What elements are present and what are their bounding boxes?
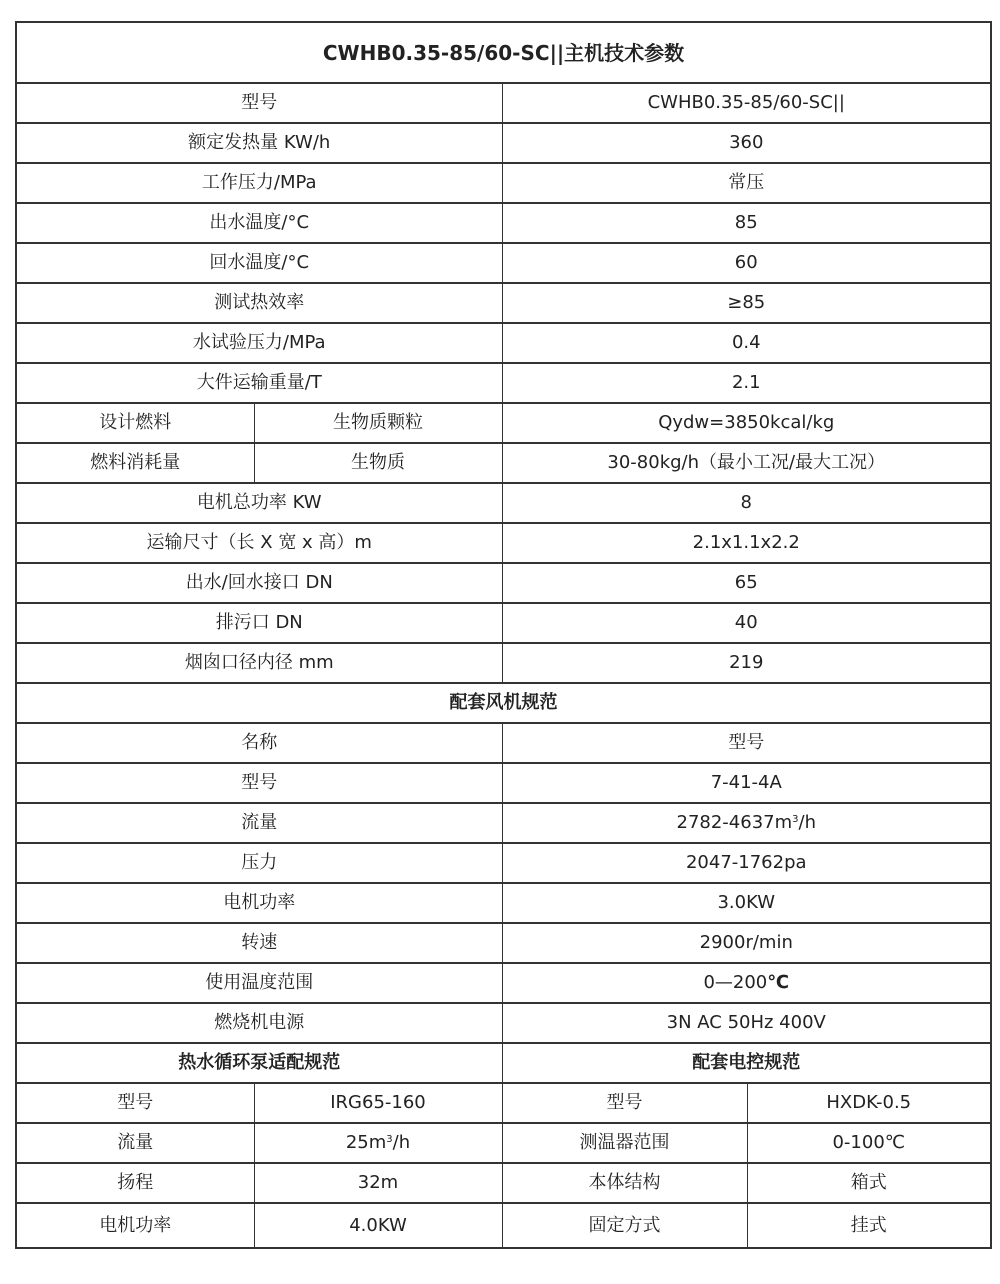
- control-label: 固定方式: [502, 1203, 747, 1248]
- pump-value: 25m3/h: [254, 1123, 502, 1163]
- fan-temp-main: 0—200: [703, 972, 767, 993]
- param-value: 60: [502, 243, 991, 283]
- param-label: 排污口 DN: [16, 603, 502, 643]
- table-row: 型号 IRG65-160 型号 HXDK-0.5: [16, 1083, 991, 1123]
- pump-value: IRG65-160: [254, 1083, 502, 1123]
- control-label: 本体结构: [502, 1163, 747, 1203]
- table-row: 测试热效率 ≥85: [16, 283, 991, 323]
- param-label: 烟囱口径内径 mm: [16, 643, 502, 683]
- table-row: 排污口 DN 40: [16, 603, 991, 643]
- control-label: 型号: [502, 1083, 747, 1123]
- control-section-title: 配套电控规范: [502, 1043, 991, 1083]
- param-value: 8: [502, 483, 991, 523]
- table-row: 流量 25m3/h 测温器范围 0-100℃: [16, 1123, 991, 1163]
- control-value: 箱式: [747, 1163, 991, 1203]
- param-label: 额定发热量 KW/h: [16, 123, 502, 163]
- param-value: 30-80kg/h（最小工况/最大工况）: [502, 443, 991, 483]
- fan-temp-unit: ℃: [767, 972, 789, 993]
- table-row: 出水温度/°C 85: [16, 203, 991, 243]
- fan-value: 2782-4637m3/h: [502, 803, 991, 843]
- fan-label: 燃烧机电源: [16, 1003, 502, 1043]
- param-label: 出水温度/°C: [16, 203, 502, 243]
- fan-value: 2900r/min: [502, 923, 991, 963]
- fan-label: 压力: [16, 843, 502, 883]
- param-sublabel: 生物质颗粒: [254, 403, 502, 443]
- table-row: 运输尺寸（长 X 宽 x 高）m 2.1x1.1x2.2: [16, 523, 991, 563]
- param-value: ≥85: [502, 283, 991, 323]
- param-label: 工作压力/MPa: [16, 163, 502, 203]
- param-label: 测试热效率: [16, 283, 502, 323]
- param-label: 水试验压力/MPa: [16, 323, 502, 363]
- fan-label: 转速: [16, 923, 502, 963]
- table-row: 转速 2900r/min: [16, 923, 991, 963]
- table-row: 回水温度/°C 60: [16, 243, 991, 283]
- param-value: 360: [502, 123, 991, 163]
- pump-flow-tail: /h: [393, 1132, 410, 1153]
- param-value: 常压: [502, 163, 991, 203]
- pump-section-title: 热水循环泵适配规范: [16, 1043, 502, 1083]
- param-value: 2.1: [502, 363, 991, 403]
- param-sublabel: 生物质: [254, 443, 502, 483]
- param-label: 型号: [16, 83, 502, 123]
- fan-header-label: 名称: [16, 723, 502, 763]
- table-row: 额定发热量 KW/h 360: [16, 123, 991, 163]
- pump-value: 4.0KW: [254, 1203, 502, 1248]
- table-row: 燃料消耗量 生物质 30-80kg/h（最小工况/最大工况）: [16, 443, 991, 483]
- table-row: 扬程 32m 本体结构 箱式: [16, 1163, 991, 1203]
- table-row: 设计燃料 生物质颗粒 Qydw=3850kcal/kg: [16, 403, 991, 443]
- table-row: 烟囱口径内径 mm 219: [16, 643, 991, 683]
- param-label: 电机总功率 KW: [16, 483, 502, 523]
- table-row: 电机功率 3.0KW: [16, 883, 991, 923]
- fan-label: 使用温度范围: [16, 963, 502, 1003]
- param-value: 85: [502, 203, 991, 243]
- param-label: 设计燃料: [16, 403, 254, 443]
- table-row: 燃烧机电源 3N AC 50Hz 400V: [16, 1003, 991, 1043]
- param-value: 40: [502, 603, 991, 643]
- control-value: HXDK-0.5: [747, 1083, 991, 1123]
- table-row: 使用温度范围 0—200℃: [16, 963, 991, 1003]
- fan-header-value: 型号: [502, 723, 991, 763]
- fan-value: 3N AC 50Hz 400V: [502, 1003, 991, 1043]
- fan-value: 0—200℃: [502, 963, 991, 1003]
- pump-label: 电机功率: [16, 1203, 254, 1248]
- fan-label: 流量: [16, 803, 502, 843]
- pump-label: 扬程: [16, 1163, 254, 1203]
- param-label: 运输尺寸（长 X 宽 x 高）m: [16, 523, 502, 563]
- fan-label: 电机功率: [16, 883, 502, 923]
- param-value: CWHB0.35-85/60-SC||: [502, 83, 991, 123]
- table-row: 电机功率 4.0KW 固定方式 挂式: [16, 1203, 991, 1248]
- fan-value: 3.0KW: [502, 883, 991, 923]
- param-value: 2.1x1.1x2.2: [502, 523, 991, 563]
- table-row: 工作压力/MPa 常压: [16, 163, 991, 203]
- param-label: 回水温度/°C: [16, 243, 502, 283]
- control-value: 挂式: [747, 1203, 991, 1248]
- control-value: 0-100℃: [747, 1123, 991, 1163]
- table-row: 压力 2047-1762pa: [16, 843, 991, 883]
- table-row: 流量 2782-4637m3/h: [16, 803, 991, 843]
- param-value: 0.4: [502, 323, 991, 363]
- table-row: 电机总功率 KW 8: [16, 483, 991, 523]
- table-row: 出水/回水接口 DN 65: [16, 563, 991, 603]
- table-title: CWHB0.35-85/60-SC||主机技术参数: [16, 22, 991, 83]
- table-row: 型号 7-41-4A: [16, 763, 991, 803]
- table-row: 大件运输重量/T 2.1: [16, 363, 991, 403]
- pump-label: 型号: [16, 1083, 254, 1123]
- param-value: Qydw=3850kcal/kg: [502, 403, 991, 443]
- fan-flow-tail: /h: [799, 812, 816, 833]
- param-label: 大件运输重量/T: [16, 363, 502, 403]
- table-row: 水试验压力/MPa 0.4: [16, 323, 991, 363]
- pump-flow-main: 25m: [346, 1132, 386, 1153]
- control-label: 测温器范围: [502, 1123, 747, 1163]
- fan-value: 2047-1762pa: [502, 843, 991, 883]
- section-header-row: 热水循环泵适配规范 配套电控规范: [16, 1043, 991, 1083]
- fan-section-title: 配套风机规范: [16, 683, 991, 723]
- table-title-row: CWHB0.35-85/60-SC||主机技术参数: [16, 22, 991, 83]
- fan-value: 7-41-4A: [502, 763, 991, 803]
- spec-table: CWHB0.35-85/60-SC||主机技术参数 型号 CWHB0.35-85…: [15, 21, 992, 1249]
- fan-flow-main: 2782-4637m: [677, 812, 793, 833]
- table-row: 名称 型号: [16, 723, 991, 763]
- param-label: 出水/回水接口 DN: [16, 563, 502, 603]
- section-header-row: 配套风机规范: [16, 683, 991, 723]
- fan-label: 型号: [16, 763, 502, 803]
- param-value: 219: [502, 643, 991, 683]
- param-label: 燃料消耗量: [16, 443, 254, 483]
- pump-label: 流量: [16, 1123, 254, 1163]
- param-value: 65: [502, 563, 991, 603]
- table-row: 型号 CWHB0.35-85/60-SC||: [16, 83, 991, 123]
- pump-value: 32m: [254, 1163, 502, 1203]
